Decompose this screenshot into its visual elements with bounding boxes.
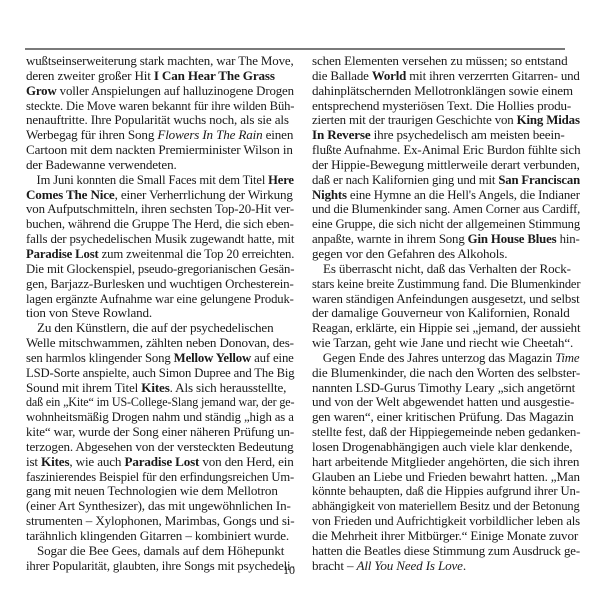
text-line: Werbegag für ihren Song Flowers In The R…	[26, 128, 294, 143]
text-run: zierten mit der traurigen Geschichte von	[312, 112, 517, 127]
text-line: zierten mit der traurigen Geschichte von…	[312, 113, 575, 128]
text-line: flußte Aufnahme. Ex-Animal Eric Burdon f…	[312, 143, 577, 158]
text-line: wie Tarzan, geht wie Jane und riecht wie…	[312, 336, 580, 351]
text-line: anpaßte, warnte in ihrem Song Gin House …	[312, 232, 574, 247]
text-run: anpaßte, warnte in ihrem Song	[312, 231, 468, 246]
text-line: deren zweiter großer Hit I Can Hear The …	[26, 69, 294, 84]
left-column: wußtseinserweiterung stark machten, war …	[26, 54, 294, 574]
text-run: .	[463, 558, 466, 573]
text-line: Paradise Lost zum zweitenmal die Top 20 …	[26, 247, 286, 262]
text-run: Die mit Glockenspiel, pseudo-gregorianis…	[26, 261, 294, 276]
text-line: dahinplätschernden Mellotronklängen sowi…	[312, 84, 580, 99]
text-line: wohnheitsmäßig Drogen nahm und ständig „…	[26, 410, 288, 425]
text-run: mit ihren verzerrten Gitarren- und	[406, 68, 580, 83]
text-line: bracht – All You Need Is Love.	[312, 559, 580, 574]
text-run: zum zweitenmal die Top 20 erreichten.	[99, 246, 295, 261]
song-title-bold: Nights	[312, 187, 347, 202]
text-run: strumenten – Xylophonen, Marimbas, Gongs…	[26, 513, 294, 528]
text-line: nenauftritte. Ihre Popularität wuchs noc…	[26, 113, 294, 128]
text-run: wohnheitsmäßig Drogen nahm und ständig „…	[26, 409, 294, 424]
text-line: schen Elementen versehen zu müssen; so e…	[312, 54, 580, 69]
text-run: tarähnlich klingenden Gitarren – kombini…	[26, 528, 289, 543]
text-run: die Ballade	[312, 68, 372, 83]
text-run: nenauftritte. Ihre Popularität wuchs noc…	[26, 112, 289, 127]
text-run: . Als sich herausstellte,	[170, 380, 287, 395]
text-line: Es überrascht nicht, daß das Verhalten d…	[312, 262, 580, 277]
text-run: hatten die Beatles diese Stimmung zum Au…	[312, 543, 580, 558]
right-column: schen Elementen versehen zu müssen; so e…	[312, 54, 580, 574]
italic-title: Flowers In The Rain	[157, 127, 262, 142]
text-line: könnte behaupten, daß die Hippies aufgru…	[312, 484, 572, 499]
text-line: faszinierendes Beispiel für den erfindun…	[26, 470, 284, 485]
text-line: daß ein „Kite“ im US-College-Slang jeman…	[26, 395, 273, 410]
page-number: 10	[283, 563, 295, 578]
text-line: nannten LSD-Gurus Timothy Leary „sich an…	[312, 381, 580, 396]
text-run: nannten LSD-Gurus Timothy Leary „sich an…	[312, 380, 575, 395]
text-run: stellte fest, daß der Hippiegemeinde neb…	[312, 424, 580, 439]
text-run: Gegen Ende des Jahres unterzog das Magaz…	[323, 350, 555, 365]
text-run: ist	[26, 454, 41, 469]
text-line: ist Kites, wie auch Paradise Lost von de…	[26, 455, 294, 470]
song-title-bold: King Midas	[517, 112, 580, 127]
text-line: hart arbeitende Mitglieder angehörten, d…	[312, 455, 580, 470]
text-run: , wie auch	[69, 454, 124, 469]
text-run: waren ständigen Anfeindungen ausgesetzt,…	[312, 291, 580, 306]
text-line: steckte. Die Move waren bekannt für ihre…	[26, 99, 284, 114]
text-line: Comes The Nice, einer Verherrlichung der…	[26, 188, 294, 203]
song-title-bold: Gin House Blues	[468, 231, 557, 246]
text-line: von Frieden und Aufrichtigkeit vorbildli…	[312, 514, 573, 529]
text-run: könnte behaupten, daß die Hippies aufgru…	[312, 483, 580, 498]
text-run: steckte. Die Move waren bekannt für ihre…	[26, 98, 294, 113]
text-run: gang mit neuen Technologien wie dem Mell…	[26, 483, 278, 498]
text-line: lagen ergänzte Aufnahme war eine gelunge…	[26, 292, 285, 307]
text-line: der Hippie-Bewegung mittlerweile derart …	[312, 158, 577, 173]
text-run: wie Tarzan, geht wie Jane und riecht wie…	[312, 335, 573, 350]
text-run: und von der Welt abgewendet hatten und a…	[312, 394, 574, 409]
text-line: Sogar die Bee Gees, damals auf dem Höhep…	[26, 544, 294, 559]
text-run: LSD-Sorte anspielte, auch Simon Dupree a…	[26, 365, 294, 380]
text-run: sen harmlos klingender Song	[26, 350, 174, 365]
text-run: von Frieden und Aufrichtigkeit vorbildli…	[312, 513, 580, 528]
text-line: In Reverse ihre psychedelisch am meisten…	[312, 128, 580, 143]
song-title-bold: Paradise Lost	[26, 246, 99, 261]
italic-title: Time	[555, 350, 579, 365]
text-line: gen, Barjazz-Burlesken und wuchtigen Orc…	[26, 277, 291, 292]
text-run: gen, Barjazz-Burlesken und wuchtigen Orc…	[26, 276, 294, 291]
text-run: bracht –	[312, 558, 356, 573]
text-line: losen Drogenabhängigen auch viele klar d…	[312, 440, 580, 455]
text-run: Sogar die Bee Gees, damals auf dem Höhep…	[37, 543, 284, 558]
text-run: eine Gruppe, die sich nicht der allgemei…	[312, 216, 580, 231]
text-run: falls der psychedelischen Musik zugewand…	[26, 231, 294, 246]
text-run: Welle mitschwammen, zählten neben Donova…	[26, 335, 294, 350]
text-run: Es überrascht nicht, daß das Verhalten d…	[323, 261, 571, 276]
text-run: ihrer Popularität, glaubten, ihre Songs …	[26, 558, 295, 573]
text-line: Cartoon mit dem nackten Premierminister …	[26, 143, 294, 158]
song-title-bold: San Franciscan	[498, 172, 580, 187]
text-run: Werbegag für ihren Song	[26, 127, 157, 142]
text-run: eine Hymne an die Hell's Angels, die Ind…	[347, 187, 580, 202]
text-line: entsprechend mysteriösen Text. Die Holli…	[312, 99, 580, 114]
text-line: Die mit Glockenspiel, pseudo-gregorianis…	[26, 262, 286, 277]
text-line: Reagan, erklärte, ein Hippie sei „jemand…	[312, 321, 575, 336]
text-line: von Aufputschmitteln, ihren sechsten Top…	[26, 202, 289, 217]
text-line: und von der Welt abgewendet hatten und a…	[312, 395, 580, 410]
text-run: der damalige Gouverneur von Kalifornien,…	[312, 305, 570, 320]
text-run: daß ein „Kite“ im US-College-Slang jeman…	[26, 394, 294, 409]
text-run: lagen ergänzte Aufnahme war eine gelunge…	[26, 291, 294, 306]
song-title-bold: Comes The Nice	[26, 187, 115, 202]
text-run: , einer Verherrlichung der Wirkung	[115, 187, 293, 202]
text-line: und die Blumenkinder sang. Amen Corner a…	[312, 202, 570, 217]
text-run: schen Elementen versehen zu müssen; so e…	[312, 53, 567, 68]
text-line: Nights eine Hymne an die Hell's Angels, …	[312, 188, 575, 203]
text-line: der Badewanne verwendeten.	[26, 158, 294, 173]
text-run: ihre psychedelisch am meisten beein-	[371, 127, 565, 142]
song-title-bold: Here	[268, 172, 294, 187]
song-title-bold: World	[372, 68, 406, 83]
text-line: Im Juni konnten die Small Faces mit dem …	[26, 173, 283, 188]
text-line: kite“ war, wurde der Song einer näheren …	[26, 425, 292, 440]
text-run: stars keine breite Zustimmung fand. Die …	[312, 276, 580, 291]
text-line: LSD-Sorte anspielte, auch Simon Dupree a…	[26, 366, 285, 381]
text-line: buchen, während die Gruppe The Herd, die…	[26, 217, 286, 232]
text-run: buchen, während die Gruppe The Herd, die…	[26, 216, 294, 231]
text-line: hatten die Beatles diese Stimmung zum Au…	[312, 544, 575, 559]
text-line: Sound mit ihrem Titel Kites. Als sich he…	[26, 381, 294, 396]
text-line: Grow voller Anspielungen auf halluzinoge…	[26, 84, 289, 99]
text-run: auf eine	[251, 350, 294, 365]
text-line: Welle mitschwammen, zählten neben Donova…	[26, 336, 294, 351]
text-line: waren ständigen Anfeindungen ausgesetzt,…	[312, 292, 576, 307]
text-line: stellte fest, daß der Hippiegemeinde neb…	[312, 425, 575, 440]
text-run: gegen vor den Gefahren des Alkohols.	[312, 246, 507, 261]
text-run: von den Herd, ein	[199, 454, 293, 469]
text-run: terzogen. Abgesehen von der versteckten …	[26, 439, 294, 454]
text-run: faszinierendes Beispiel für den erfindun…	[26, 469, 294, 484]
text-run: flußte Aufnahme. Ex-Animal Eric Burdon f…	[312, 142, 580, 157]
text-run: voller Anspielungen auf halluzinogene Dr…	[57, 83, 294, 98]
text-line: falls der psychedelischen Musik zugewand…	[26, 232, 289, 247]
header-rule	[25, 48, 565, 50]
text-line: ihrer Popularität, glaubten, ihre Songs …	[26, 559, 287, 574]
song-title-bold: In Reverse	[312, 127, 371, 142]
text-run: Reagan, erklärte, ein Hippie sei „jemand…	[312, 320, 580, 335]
text-line: strumenten – Xylophonen, Marimbas, Gongs…	[26, 514, 294, 529]
text-run: Sound mit ihrem Titel	[26, 380, 141, 395]
text-line: gegen vor den Gefahren des Alkohols.	[312, 247, 580, 262]
text-line: gang mit neuen Technologien wie dem Mell…	[26, 484, 294, 499]
text-run: der Hippie-Bewegung mittlerweile derart …	[312, 157, 580, 172]
text-run: und die Blumenkinder sang. Amen Corner a…	[312, 201, 580, 216]
text-line: der damalige Gouverneur von Kalifornien,…	[312, 306, 580, 321]
text-run: von Aufputschmitteln, ihren sechsten Top…	[26, 201, 294, 216]
text-line: tion von Steve Rowland.	[26, 306, 294, 321]
text-run: wußtseinserweiterung stark machten, war …	[26, 53, 294, 68]
text-line: die Ballade World mit ihren verzerrten G…	[312, 69, 576, 84]
text-run: der Badewanne verwendeten.	[26, 157, 177, 172]
text-run: losen Drogenabhängigen auch viele klar d…	[312, 439, 572, 454]
text-line: sen harmlos klingender Song Mellow Yello…	[26, 351, 287, 366]
text-run: tion von Steve Rowland.	[26, 305, 152, 320]
song-title-bold: Paradise Lost	[124, 454, 199, 469]
song-title-bold: Kites	[141, 380, 169, 395]
text-line: tarähnlich klingenden Gitarren – kombini…	[26, 529, 294, 544]
text-run: (einer Art Synthesizer), das mit ungewöh…	[26, 498, 291, 513]
text-line: die Mehrheit ihrer Mitbürger.“ Einige Mo…	[312, 529, 580, 544]
text-line: daß er nach Kalifornien ging und mit San…	[312, 173, 572, 188]
song-title-bold: Mellow Yellow	[174, 350, 251, 365]
text-run: Cartoon mit dem nackten Premierminister …	[26, 142, 293, 157]
text-run: Im Juni konnten die Small Faces mit dem …	[37, 172, 269, 187]
song-title-bold: Kites	[41, 454, 69, 469]
text-run: daß er nach Kalifornien ging und mit	[312, 172, 498, 187]
text-line: die Blumenkinder, die nach den Worten de…	[312, 366, 580, 381]
text-line: wußtseinserweiterung stark machten, war …	[26, 54, 291, 69]
text-run: deren zweiter großer Hit	[26, 68, 154, 83]
text-line: Gegen Ende des Jahres unterzog das Magaz…	[312, 351, 575, 366]
text-line: Glauben an Liebe und Frieden bewahrt hat…	[312, 470, 579, 485]
text-run: gen waren“, einer kritischen Prüfung. Da…	[312, 409, 574, 424]
text-line: terzogen. Abgesehen von der versteckten …	[26, 440, 294, 455]
text-line: eine Gruppe, die sich nicht der allgemei…	[312, 217, 570, 232]
text-line: gen waren“, einer kritischen Prüfung. Da…	[312, 410, 580, 425]
text-run: die Mehrheit ihrer Mitbürger.“ Einige Mo…	[312, 528, 578, 543]
text-line: Zu den Künstlern, die auf der psychedeli…	[26, 321, 294, 336]
text-line: abhängigkeit von materiellem Besitz und …	[312, 499, 567, 514]
song-title-bold: I Can Hear The Grass	[154, 68, 275, 83]
text-line: (einer Art Synthesizer), das mit ungewöh…	[26, 499, 294, 514]
song-title-bold: Grow	[26, 83, 57, 98]
text-run: entsprechend mysteriösen Text. Die Holli…	[312, 98, 571, 113]
text-run: einen	[263, 127, 294, 142]
text-run: Zu den Künstlern, die auf der psychedeli…	[37, 320, 274, 335]
text-line: stars keine breite Zustimmung fand. Die …	[312, 277, 568, 292]
text-run: hart arbeitende Mitglieder angehörten, d…	[312, 454, 579, 469]
text-run: abhängigkeit von materiellem Besitz und …	[312, 498, 580, 513]
text-run: hin-	[557, 231, 580, 246]
text-run: Glauben an Liebe und Frieden bewahrt hat…	[312, 469, 580, 484]
italic-title: All You Need Is Love	[356, 558, 462, 573]
text-run: die Blumenkinder, die nach den Worten de…	[312, 365, 580, 380]
text-run: dahinplätschernden Mellotronklängen sowi…	[312, 83, 573, 98]
text-run: kite“ war, wurde der Song einer näheren …	[26, 424, 294, 439]
